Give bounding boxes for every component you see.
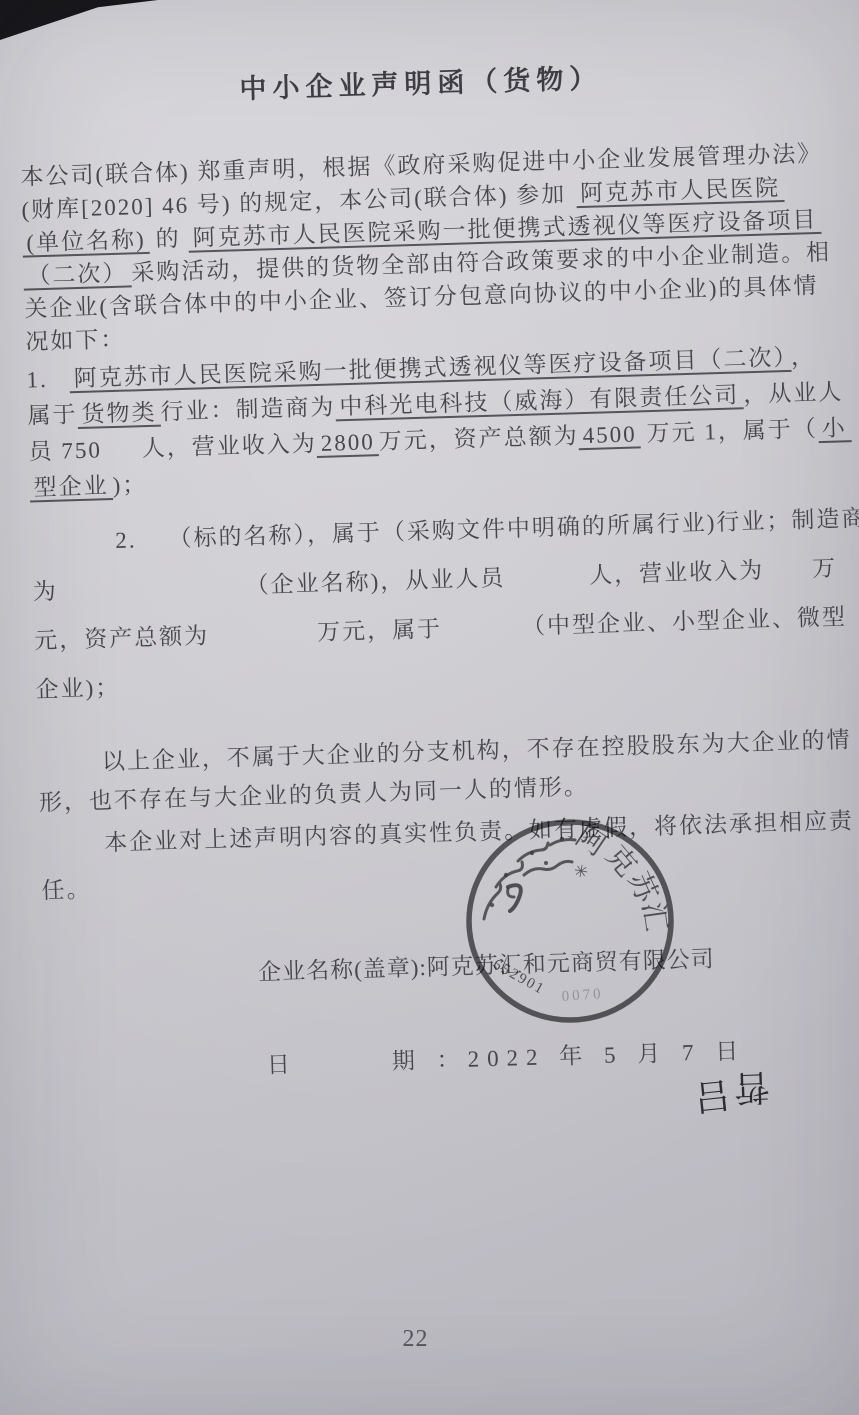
blank-gap <box>32 547 116 550</box>
item-number: 2. <box>115 527 137 553</box>
blank-field <box>209 639 317 643</box>
company-seal-line: 企业名称(盖章):阿克苏汇和元商贸有限公司 <box>44 936 851 993</box>
text-run: )； <box>112 472 147 498</box>
seal-registration-number-faint: 0070 <box>561 986 604 1005</box>
text-run: ，从业人 <box>743 379 844 407</box>
blank-gap <box>102 455 142 457</box>
blank-field <box>505 582 589 585</box>
date-label-part1: 日 <box>267 1052 293 1078</box>
blank-field <box>764 575 812 577</box>
text-run: ， <box>791 344 817 370</box>
text-run: 万元，属于 <box>317 616 443 645</box>
company-seal: 阿 克 苏 汇 ✳ 652901 0070 <box>462 815 678 1029</box>
signature-char: 吕 <box>692 1076 734 1120</box>
text-run: 人，营业收入为 <box>589 558 765 588</box>
blank-gap <box>292 1068 392 1072</box>
filled-employee-count: 员 750 <box>28 437 102 464</box>
text-run: （企业名称)，从业人员 <box>245 565 505 598</box>
blank-field <box>442 633 522 636</box>
filled-assets-value: 4500 <box>578 421 641 450</box>
opening-paragraph: 本公司(联合体) 郑重声明，根据《政府采购促进中小企业发展管理办法》 (财库[2… <box>20 137 832 359</box>
date-value: 期 ：2022 年 5 月 7 日 <box>392 1039 747 1075</box>
seal-arc-char: 汇 <box>636 900 672 933</box>
text-run: 万 <box>812 556 838 582</box>
seal-star-icon: ✳ <box>572 861 589 882</box>
text-run: 况如下： <box>25 327 126 355</box>
page-number: 22 <box>0 1326 831 1353</box>
form-label-unit-name: (单位名称) <box>22 227 150 258</box>
filled-enterprise-size: 小 <box>817 415 851 443</box>
item-2-block: 2.（标的名称），属于（采购文件中明确的所属行业)行业；制造商 为（企业名称)，… <box>31 495 842 715</box>
photographed-document-page: 中小企业声明函（货物） 本公司(联合体) 郑重声明，根据《政府采购促进中小企业发… <box>0 0 859 1415</box>
blank-gap <box>566 200 576 201</box>
text-run: 万元 1，属于（ <box>646 416 818 446</box>
item-number: 1. <box>26 367 48 393</box>
document-title: 中小企业声明函（货物） <box>17 50 824 113</box>
filled-revenue-value: 2800 <box>316 429 379 458</box>
text-run: 任。 <box>41 877 92 903</box>
text-run: 行业：制造商为 <box>160 394 336 424</box>
text-run: （中型企业、小型企业、微型 <box>522 604 848 639</box>
filled-purchaser-name: 阿克苏市人民医院 <box>576 175 785 208</box>
blank-gap <box>137 545 169 547</box>
declaration-document: 中小企业声明函（货物） 本公司(联合体) 郑重声明，根据《政府采购促进中小企业发… <box>17 36 853 1086</box>
signature-char: 哲 <box>731 1063 771 1115</box>
text-run: 企业)； <box>35 675 120 703</box>
handwritten-signature: 吕哲 <box>692 1064 773 1123</box>
item-1-block: 1.阿克苏市人民医院采购一批便携式透视仪等医疗设备项目（二次）， 属于货物类行业… <box>26 339 836 507</box>
photo-background-corner <box>0 0 158 40</box>
text-run: 元，资产总额为 <box>34 623 210 653</box>
blank-gap <box>48 385 70 387</box>
text-run: 万元，资产总额为 <box>378 423 579 454</box>
blank-field <box>58 592 246 599</box>
text-run: 属于 <box>27 402 78 428</box>
text-run: 为 <box>32 579 58 605</box>
text-run: 人，营业收入为 <box>141 431 317 461</box>
filled-project-suffix: （二次） <box>23 260 132 290</box>
text-run: 的 <box>155 226 181 252</box>
text-run: （标的名称），属于（采购文件中明确的所属行业)行业；制造商 <box>168 506 859 552</box>
filled-enterprise-size: 型企业 <box>29 473 113 502</box>
filled-industry-type: 货物类 <box>77 400 161 429</box>
